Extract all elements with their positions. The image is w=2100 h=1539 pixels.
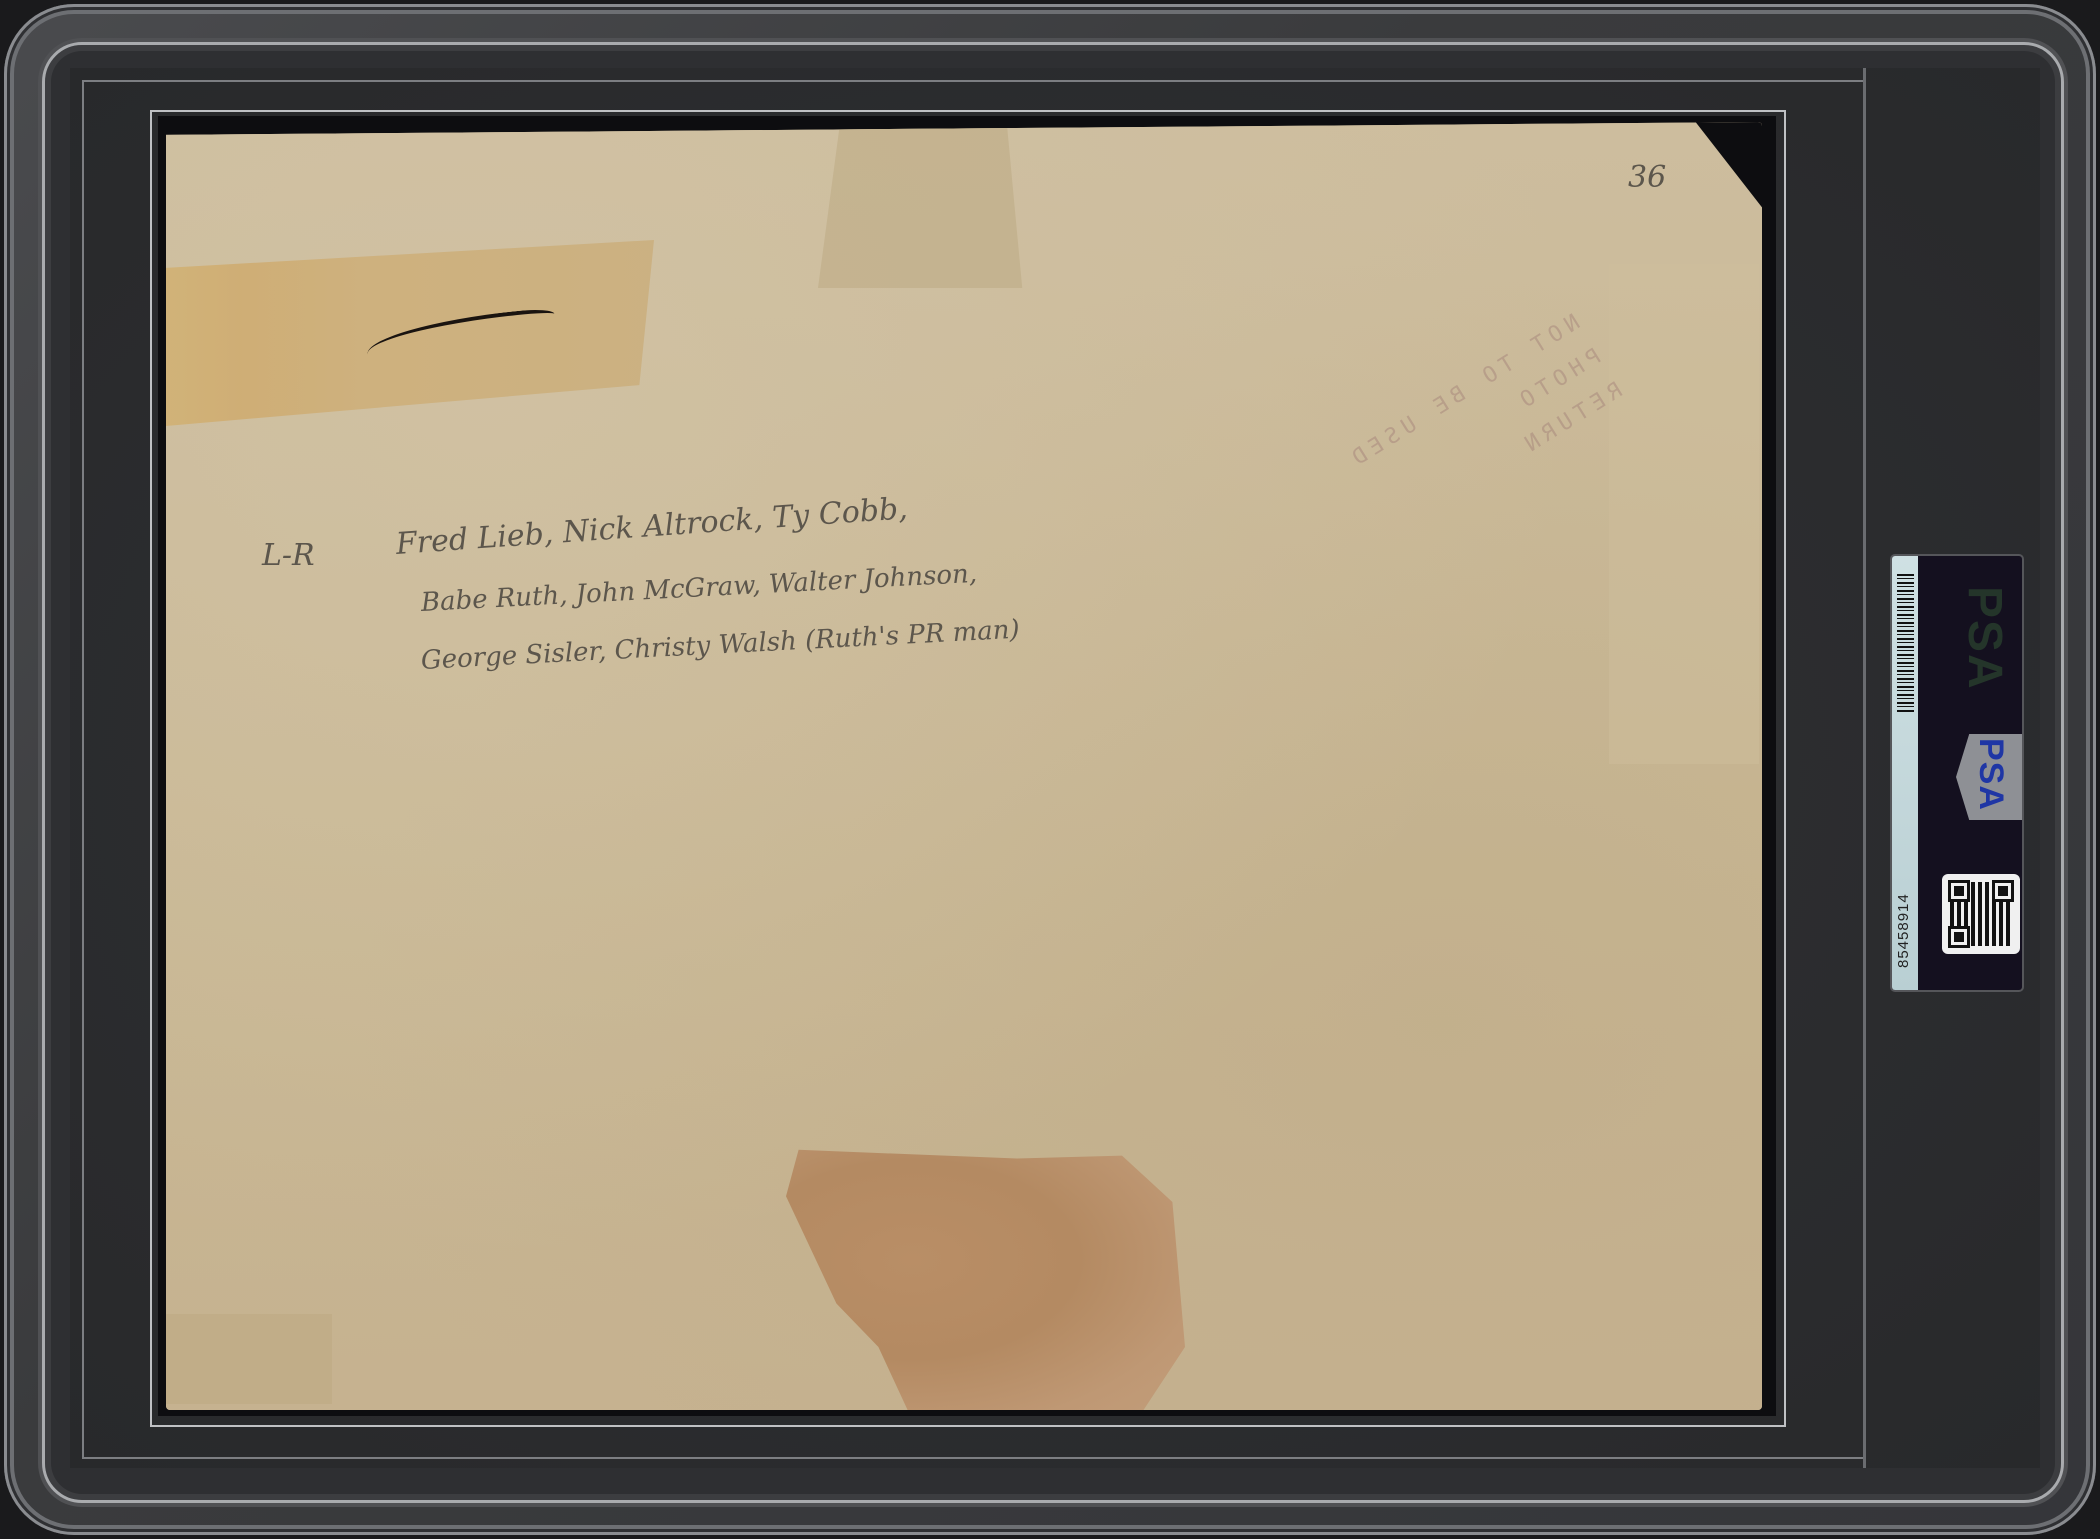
corner-number: 36 xyxy=(1628,160,1666,195)
label-strip: 85458914 xyxy=(1892,556,1918,990)
qr-eye-icon xyxy=(1948,880,1970,902)
qr-eye-icon xyxy=(1992,880,2014,902)
qr-eye-icon xyxy=(1948,926,1970,948)
photo-card-back: NOT TO BE USED PHOTO RETURN 36 L-R Fred … xyxy=(166,122,1762,1410)
inscription-prefix: L-R xyxy=(262,538,315,573)
psa-logo: PSA xyxy=(1971,738,2010,811)
psa-hologram-logo: PSA xyxy=(1957,586,2012,691)
cert-number: 85458914 xyxy=(1895,893,1912,968)
qr-code-icon[interactable] xyxy=(1942,874,2020,954)
barcode-icon xyxy=(1897,574,1914,714)
tape-bottom-left xyxy=(166,1314,332,1404)
psa-label: 85458914 PSA PSA xyxy=(1892,556,2022,990)
tape-residue-top xyxy=(818,122,1040,288)
frame-divider xyxy=(1863,68,1866,1468)
